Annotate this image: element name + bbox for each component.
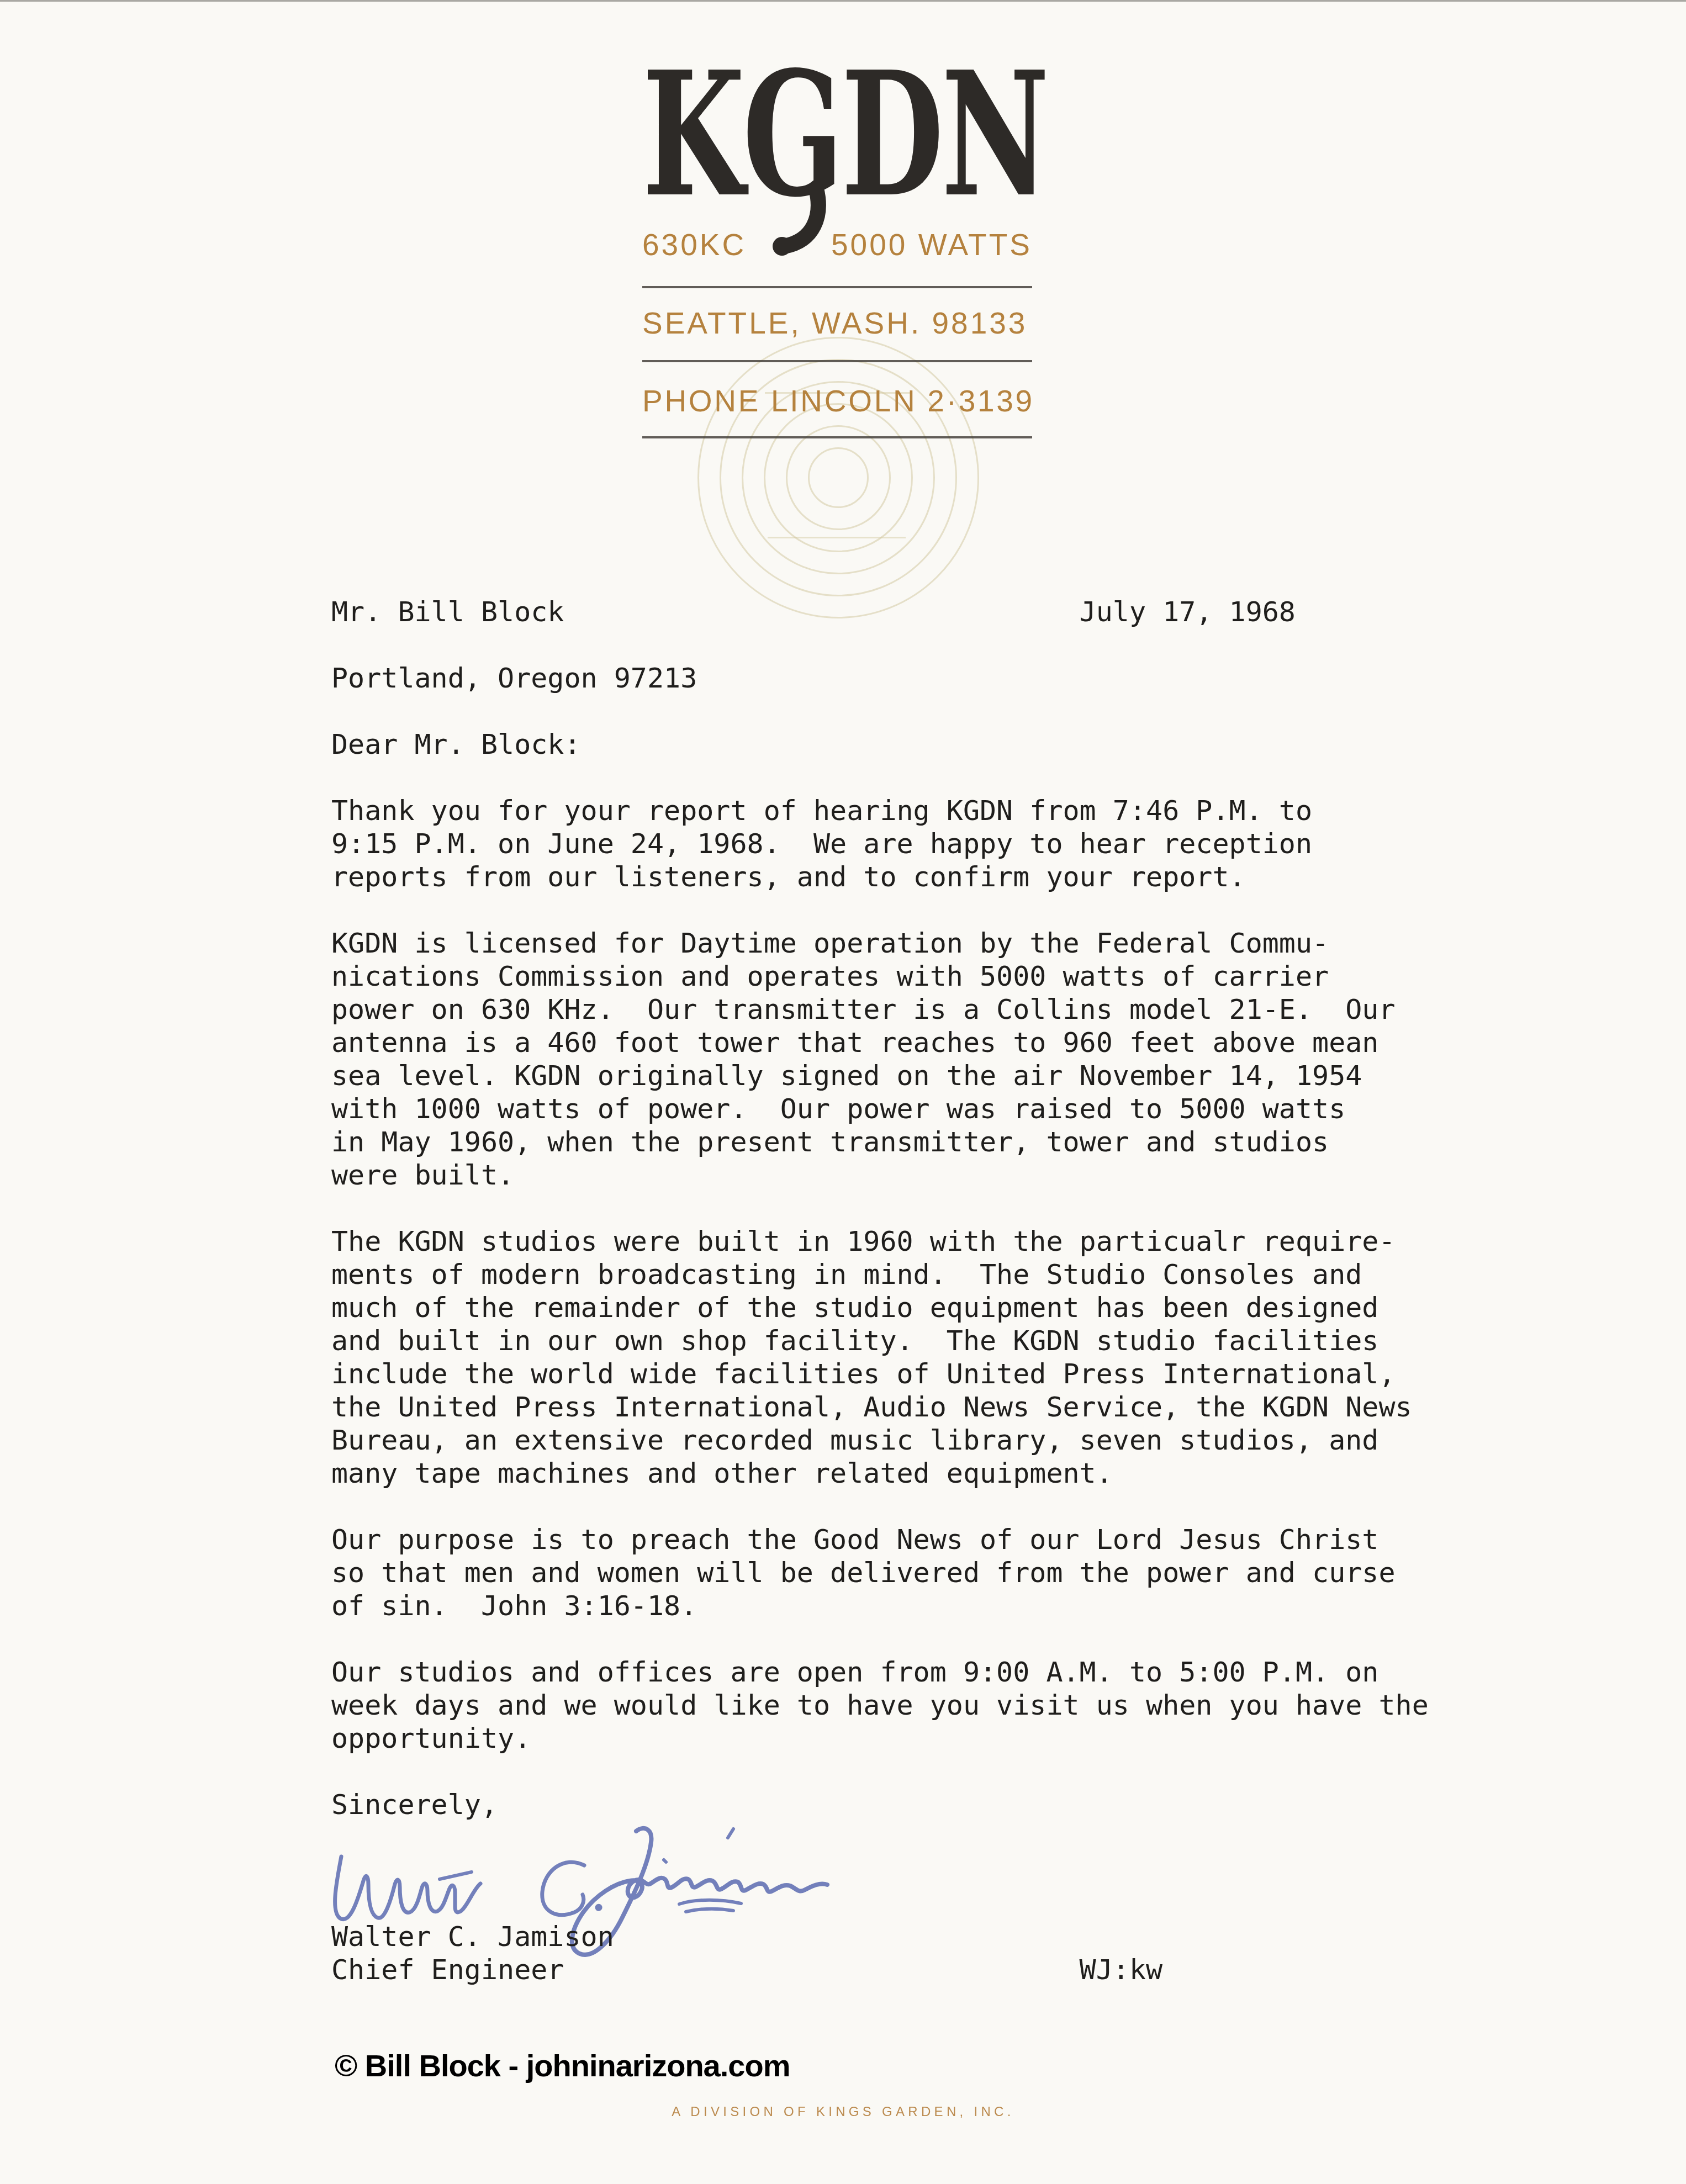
footer-division-label: A DIVISION OF KINGS GARDEN, INC. xyxy=(0,2104,1686,2120)
letterhead-divider xyxy=(642,360,1032,362)
kgdn-logo: KGDN xyxy=(642,49,1047,220)
letterhead-frequency-power-row: 630KC 5000 WATTS xyxy=(642,230,1032,260)
power-label: 5000 WATTS xyxy=(831,230,1032,260)
letterhead-divider xyxy=(642,286,1032,288)
letter-body-text: Mr. Bill Block July 17, 1968 Portland, O… xyxy=(331,595,1429,1821)
typed-signature-block: Walter C. Jamison Chief Engineer WJ:kw xyxy=(331,1920,1162,1986)
scanned-letter-page: KGDN 630KC 5000 WATTS SEATTLE, WASH. 981… xyxy=(0,0,1686,2184)
scan-edge-artifact xyxy=(0,0,1686,2)
copyright-credit: © Bill Block - johninarizona.com xyxy=(335,2049,790,2083)
frequency-label: 630KC xyxy=(642,230,746,260)
letterhead-address: SEATTLE, WASH. 98133 xyxy=(642,308,1040,339)
letterhead-phone: PHONE LINCOLN 2·3139 xyxy=(642,386,1040,416)
letterhead-divider xyxy=(642,436,1032,438)
